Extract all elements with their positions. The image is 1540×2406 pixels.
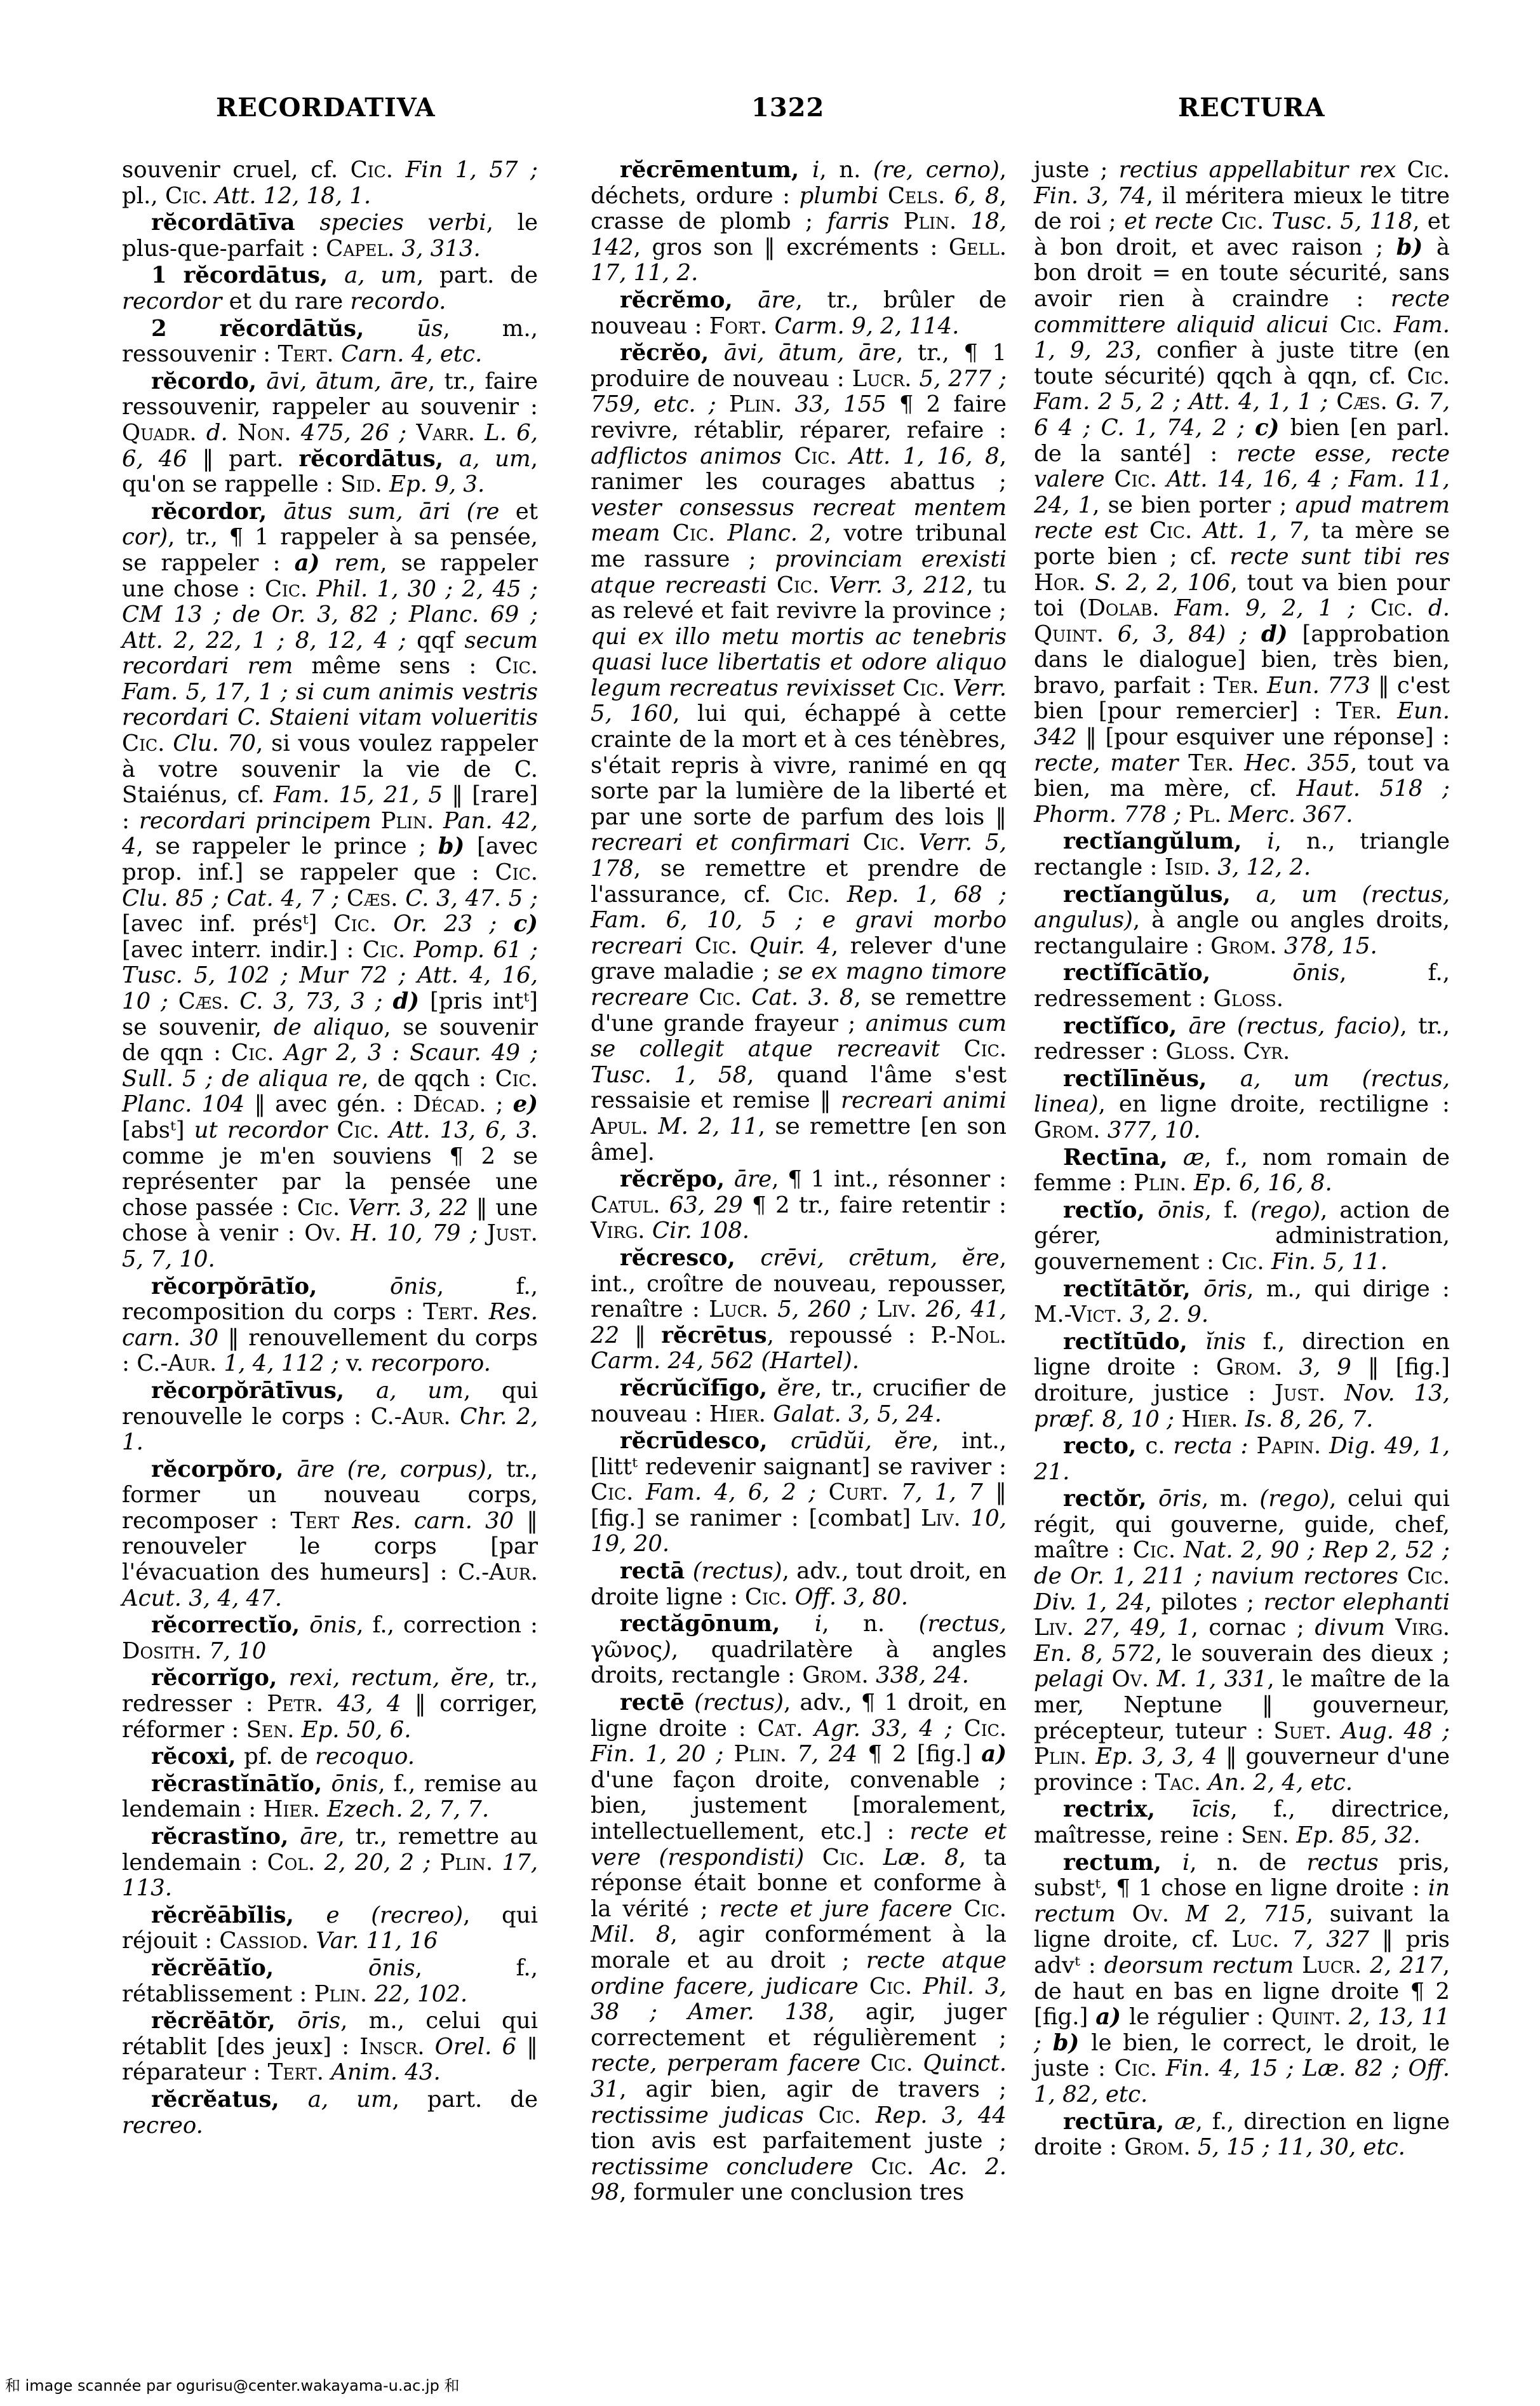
headword: rĕcrastĭnātĭo, (151, 1771, 331, 1797)
italic-text: a, um (344, 262, 417, 288)
italic-text: crēvi, crētum, ĕre (760, 1245, 999, 1271)
dictionary-entry: rectŏr, ōris, m. (rego), celui qui régit… (1034, 1486, 1450, 1796)
definition-text: , le souverain des dieux ; (1155, 1641, 1450, 1667)
author-abbrev: Ov. (304, 1220, 351, 1246)
definition-text: pl., (122, 183, 165, 209)
headword: rĕcordātīva (151, 210, 319, 236)
entry-continuation: juste ; rectius appellabitur rex Cic. Fi… (1034, 158, 1450, 828)
definition-text: , repoussé : (767, 1322, 931, 1348)
italic-text: Ep. 3, 3, 4 (1095, 1744, 1217, 1770)
author-abbrev: Tert (290, 1508, 352, 1534)
italic-text: 3, 313. (402, 236, 481, 262)
author-abbrev: Lucr. (709, 1296, 777, 1322)
headword: rĕcrĕpo, (620, 1166, 734, 1192)
italic-text: Verr. 3, 212 (829, 572, 966, 598)
author-abbrev: Liv. (1034, 1615, 1084, 1641)
author-abbrev: Hor. (1034, 570, 1095, 596)
italic-text: āre (734, 1166, 772, 1192)
definition-text: souvenir cruel, cf. (122, 157, 351, 183)
author-abbrev: Quint. (1271, 2004, 1349, 2030)
author-abbrev: Cæs. (347, 885, 405, 911)
italic-text: S. 2, 2, 106 (1095, 570, 1231, 596)
definition-text: ‖ avec gén. : (244, 1091, 413, 1117)
author-abbrev: Col. (267, 1850, 325, 1876)
definition-text: , n. de (1189, 1850, 1306, 1876)
italic-text: 27, 49, 1 (1084, 1615, 1191, 1641)
author-abbrev: Cic. (822, 1845, 883, 1871)
author-abbrev: Plin. (729, 391, 795, 417)
italic-text: Planc. 2 (728, 520, 824, 546)
author-abbrev: Curt. (829, 1479, 901, 1505)
italic-text: āre (re, corpus) (297, 1456, 486, 1482)
author-abbrev: Pl. (1189, 802, 1229, 828)
italic-text: Ep. 6, 16, 8. (1194, 1170, 1332, 1196)
author-abbrev: Virg. (1395, 1615, 1450, 1641)
italic-text: āre (rectus, facio) (1189, 1013, 1400, 1039)
entry-continuation: souvenir cruel, cf. Cic. Fin 1, 57 ; pl.… (122, 158, 538, 209)
author-abbrev: Quint. (1034, 621, 1118, 647)
author-abbrev: Plin. (440, 1850, 502, 1876)
definition-text: , f. (1205, 1197, 1251, 1223)
italic-text: 7, 10 (209, 1638, 266, 1664)
dictionary-entry: rectĭtātŏr, ōris, m., qui dirige : M.-Vi… (1034, 1277, 1450, 1328)
dictionary-entry: rectūra, æ, f., direction en ligne droit… (1034, 2109, 1450, 2161)
italic-text: Att. 1, 7 (1203, 518, 1303, 544)
author-abbrev: Luc. (1231, 1926, 1292, 1952)
dictionary-entry: rĕcrŭcĭfīgo, ĕre, tr., crucifier de nouv… (591, 1376, 1007, 1427)
author-abbrev: Tert. (278, 341, 341, 367)
dictionary-entry: rectĭfĭcātĭo, ōnis, f., redressement : G… (1034, 960, 1450, 1012)
italic-text: Planc. 104 (122, 1091, 244, 1117)
italic-text: (rectus) (693, 1558, 782, 1584)
italic-text: 7, 1, 7 (901, 1479, 983, 1505)
headword: rectĭangŭlus, (1063, 882, 1256, 908)
italic-text: crūdŭi, ĕre (791, 1428, 932, 1454)
italic-text: recordor (122, 288, 222, 314)
dictionary-entry: rĕcrastĭno, āre, tr., remettre au lendem… (122, 1824, 538, 1902)
dictionary-entry: rĕcorrectĭo, ōnis, f., correction : Dosi… (122, 1613, 538, 1664)
dictionary-entry: rĕcorpŏrātĭo, ōnis, f., recomposition du… (122, 1274, 538, 1377)
italic-text: Att. 13, 6, 3 (389, 1117, 531, 1143)
italic-text: ōnis (309, 1612, 356, 1638)
definition-text: juste ; (1034, 157, 1119, 183)
author-abbrev: Ter. (1336, 698, 1397, 724)
dictionary-entry: rĕcrĕo, āvi, ātum, āre, tr., ¶ 1 produir… (591, 340, 1007, 1166)
italic-text: C. 3, 73, 3 ; (239, 988, 392, 1014)
definition-text: , m., qui dirige : (1247, 1276, 1450, 1302)
italic-text: M 2, 715 (1186, 1901, 1306, 1927)
headword: rĕcrĕātĭo, (151, 1955, 368, 1981)
headword: rectĭangŭlum, (1063, 828, 1267, 854)
author-abbrev: Plin. (1034, 1744, 1095, 1770)
italic-text: d. (206, 420, 238, 446)
dictionary-entry: 1 rĕcordātus, a, um, part. de recordor e… (122, 263, 538, 314)
headword: rĕcoxi, (151, 1744, 244, 1770)
italic-text: 475, 26 ; (301, 420, 417, 446)
italic-text: ōnis (1158, 1197, 1205, 1223)
definition-text: ; (496, 1091, 513, 1117)
author-abbrev: Cic. (1407, 363, 1450, 389)
definition-text: , part. de (392, 2087, 538, 2113)
author-abbrev: Décad. (413, 1091, 495, 1117)
author-abbrev: Plin. (314, 1981, 375, 2007)
author-abbrev: Cic. (745, 1584, 795, 1610)
italic-text: 2, 20, 2 ; (325, 1850, 440, 1876)
author-abbrev: Cic. (863, 830, 919, 856)
dictionary-entry: rectĭlīnĕus, a, um (rectus, linea), en l… (1034, 1066, 1450, 1144)
author-abbrev: Cic. (1221, 208, 1272, 234)
author-abbrev: Plin. (734, 1741, 798, 1767)
italic-text: ) (662, 1637, 671, 1663)
definition-text: , n. (822, 1611, 918, 1637)
italic-text: (re, cerno) (873, 157, 1000, 183)
italic-text: 7, 327 (1292, 1926, 1369, 1952)
dictionary-entry: rĕcrĕābĭlis, e (recreo), qui réjouit : C… (122, 1903, 538, 1954)
author-abbrev: Cic. (297, 1195, 348, 1221)
author-abbrev: Cic. (819, 2102, 876, 2128)
definition-text: , agir bien, agir de travers ; (619, 2076, 1007, 2102)
author-abbrev: Cic. (495, 1066, 538, 1092)
dictionary-entry: rectĭfĭco, āre (rectus, facio), tr., red… (1034, 1014, 1450, 1065)
italic-text: recreari animi (841, 1087, 1007, 1113)
italic-text: pelagi (1034, 1666, 1112, 1692)
author-abbrev: Tac. (1155, 1770, 1208, 1796)
italic-text: āre (300, 1824, 337, 1850)
author-abbrev: Cic. (265, 576, 317, 602)
italic-text: rectissime judicas (591, 2102, 819, 2128)
headword: rĕcrŭcĭfīgo, (620, 1375, 777, 1401)
author-abbrev: Inscr. (359, 2034, 434, 2060)
italic-text: i (1182, 1850, 1189, 1876)
author-abbrev: Grom. (1124, 2134, 1198, 2160)
italic-text: Carm. 9, 2, 114. (775, 313, 960, 339)
sense-marker: d) (1261, 621, 1302, 647)
headword: Rectīna, (1063, 1145, 1183, 1171)
headword: rĕcrĕo, (620, 340, 724, 366)
author-abbrev: Dolab. (1087, 595, 1174, 621)
italic-text: rexi, rectum, ĕre (289, 1665, 488, 1691)
dictionary-entry: rectĭtūdo, ĭnis f., direction en ligne d… (1034, 1329, 1450, 1432)
definition-text: ¶ 2 [fig.] (857, 1741, 981, 1767)
author-abbrev: Catul. (591, 1192, 669, 1218)
author-abbrev: Grom. (1216, 1354, 1299, 1380)
italic-text: Anim. 43. (331, 2059, 441, 2085)
headword: rectum, (1063, 1850, 1182, 1876)
headword: 1 rĕcordātus, (151, 262, 344, 288)
definition-text: [avec inf. présᵗ] (122, 911, 334, 937)
sense-marker: d) (392, 988, 430, 1014)
italic-text: Rep. 3, 44 (876, 2102, 1007, 2128)
author-abbrev: Ter. (1214, 673, 1267, 699)
italic-text: e (recreo) (326, 1902, 464, 1928)
dictionary-entry: rĕcordo, āvi, ātum, āre, tr., faire ress… (122, 369, 538, 498)
italic-text: Fam. 9, 2, 1 ; (1174, 595, 1370, 621)
author-abbrev: Non. (238, 420, 301, 446)
dictionary-entry: rĕcresco, crēvi, crētum, ĕre, int., croî… (591, 1246, 1007, 1374)
definition-text: γῶνος (591, 1637, 662, 1663)
sense-marker: c) (514, 911, 538, 937)
definition-text: ‖ (619, 1322, 661, 1348)
italic-text: Clu. 85 ; Cat. 4, 7 ; (122, 885, 347, 911)
italic-text: āre (758, 287, 795, 313)
definition-text: , se rappeler le prince ; (137, 833, 438, 859)
italic-text: ōnis (390, 1274, 437, 1300)
italic-text: Ep. 9, 3. (389, 471, 485, 497)
sense-marker: a) (981, 1741, 1007, 1767)
italic-text: 3, 12, 2. (1217, 854, 1311, 880)
author-abbrev: Cæs. (1336, 389, 1396, 415)
italic-text: plumbi (800, 183, 888, 209)
headword: rectŏr, (1063, 1486, 1158, 1512)
definition-text: ‖ part. (187, 446, 299, 472)
dictionary-entry: rĕcorrĭgo, rexi, rectum, ĕre, tr., redre… (122, 1665, 538, 1743)
author-abbrev: Cic. (1133, 1537, 1184, 1563)
italic-text: Quir. 4 (749, 933, 831, 959)
author-abbrev: Gell. (949, 234, 1007, 260)
italic-text: i (812, 157, 819, 183)
italic-text: ōris (297, 2008, 340, 2034)
headword: rectrix, (1063, 1796, 1192, 1822)
scan-credit-footer: 和 image scannée par ogurisu@center.wakay… (5, 2377, 460, 2395)
italic-text: recte, perperam facere (591, 2050, 870, 2076)
dictionary-entry: rectā (rectus), adv., tout droit, en dro… (591, 1559, 1007, 1610)
italic-text: 5, 7, 10. (122, 1246, 215, 1272)
italic-text: C. 3, 47. 5 ; (405, 885, 538, 911)
author-abbrev: Petr. (267, 1691, 337, 1717)
italic-text: M. 2, 11 (658, 1113, 758, 1139)
author-abbrev: Cic. (699, 985, 751, 1011)
italic-text: recte et jure facere (720, 1896, 964, 1922)
definition-text: tion avis est parfaitement juste ; (591, 2128, 1007, 2154)
author-abbrev: Lucr. (852, 366, 920, 392)
author-abbrev: C.-Aur. (371, 1404, 460, 1430)
italic-text: ōnis (1292, 960, 1339, 986)
sense-marker: b) (1053, 2030, 1091, 2056)
sense-marker: e) (513, 1091, 538, 1117)
definition-text: [absᵗ] (122, 1117, 194, 1143)
italic-text: a, um (376, 1378, 464, 1404)
headword: rĕcorpŏrātīvus, (151, 1378, 376, 1404)
author-abbrev: Cic. (1340, 312, 1394, 338)
author-abbrev: Cic. (122, 730, 173, 756)
author-abbrev: C.-Aur. (137, 1350, 224, 1376)
italic-text: rem (335, 550, 380, 576)
headword: rĕcrūdesco, (620, 1428, 791, 1454)
italic-text: recordari principem (139, 808, 381, 834)
definition-text: ¶ 2 tr., faire retentir : (743, 1192, 1007, 1218)
italic-text: Att. 12, 18, 1. (215, 183, 371, 209)
italic-text: Carm. 24, 562 (Hartel). (591, 1348, 859, 1374)
column-2: rĕcrēmentum, i, n. (re, cerno), déchets,… (591, 158, 1007, 2206)
italic-text: recreari et confirmari (591, 830, 863, 856)
italic-text: rectissime concludere (591, 2154, 871, 2180)
italic-text: 7, 24 (797, 1741, 857, 1767)
author-abbrev: Fort. (709, 313, 775, 339)
italic-text: Fam. 4, 6, 2 ; (646, 1479, 829, 1505)
italic-text: Fam. 5, 17, 1 ; si cum animis vestris re… (122, 679, 538, 731)
italic-text: Ep. 50, 6. (302, 1717, 412, 1743)
author-abbrev: Cic. (1221, 1249, 1271, 1275)
page-number: 1322 (751, 89, 824, 127)
author-abbrev: Plin. (381, 808, 443, 834)
author-abbrev: Plin. (904, 208, 971, 234)
author-abbrev: Cels. (888, 183, 954, 209)
author-abbrev: Cic. (495, 653, 538, 679)
dictionary-entry: rĕcrĕmo, āre, tr., brûler de nouveau : F… (591, 288, 1007, 339)
italic-text: recordo. (350, 288, 446, 314)
column-3: juste ; rectius appellabitur rex Cic. Fi… (1034, 158, 1450, 2161)
definition-text: , f., correction : (356, 1612, 538, 1638)
author-abbrev: Sid. (340, 471, 389, 497)
italic-text: ut recordor (194, 1117, 337, 1143)
italic-text: æ (1174, 2109, 1195, 2135)
italic-text: 5, 15 ; 11, 30, etc. (1198, 2134, 1405, 2160)
italic-text: 377, 10. (1108, 1117, 1201, 1143)
sense-marker: b) (1396, 234, 1436, 260)
headword: rĕcrĕmo, (620, 287, 758, 313)
headword: rectā (620, 1558, 693, 1584)
author-abbrev: Cic. (1407, 1563, 1450, 1589)
author-abbrev: Apul. (591, 1113, 658, 1139)
headword: recto, (1063, 1433, 1145, 1459)
italic-text: Div. 1, 24 (1034, 1589, 1145, 1615)
italic-text: ōnis (368, 1955, 415, 1981)
headword: rectē (620, 1690, 694, 1716)
italic-text: 1, 4, 112 ; (224, 1350, 347, 1376)
italic-text: deorsum rectum (1104, 1952, 1302, 1979)
italic-text: (rego) (1250, 1197, 1320, 1223)
italic-text: d. (1428, 595, 1450, 621)
italic-text: (rectus, (919, 1611, 1007, 1637)
author-abbrev: Plin. (1134, 1170, 1194, 1196)
headword: rĕcordātus, (298, 446, 459, 472)
sense-marker: a) (1095, 2004, 1129, 2030)
headword: rĕcorrĭgo, (151, 1665, 289, 1691)
headword: rĕcrĕatus, (151, 2087, 308, 2113)
italic-text: 2, 217 (1370, 1952, 1443, 1979)
italic-text: Cat. 3. 8 (751, 985, 854, 1011)
italic-text: recreo. (122, 2113, 203, 2139)
definition-text: [avec interr. indir.] : (122, 937, 363, 963)
author-abbrev: Hier. (1181, 1406, 1245, 1432)
author-abbrev: Varr. (416, 420, 485, 446)
italic-text: Carn. 4, etc. (341, 341, 482, 367)
headword: rectăgōnum, (620, 1611, 815, 1637)
dictionary-entry: rĕcrastĭnātĭo, ōnis, f., remise au lende… (122, 1771, 538, 1823)
author-abbrev: Grom. (1210, 933, 1284, 959)
dictionary-entry: rĕcrĕpo, āre, ¶ 1 int., résonner : Catul… (591, 1167, 1007, 1244)
italic-text: ātus sum, āri (re (284, 499, 516, 525)
headword: 2 rĕcordātŭs, (151, 316, 417, 342)
definition-text: c. (1145, 1433, 1173, 1459)
dictionary-entry: rĕcrĕātŏr, ōris, m., celui qui rétablit … (122, 2008, 538, 2086)
headword: rĕcrēmentum, (620, 157, 812, 183)
headword: rĕcordor, (151, 499, 284, 525)
definition-text: le régulier : (1129, 2004, 1271, 2030)
definition-text: , part. de (417, 262, 538, 288)
italic-text: Acut. 3, 4, 47. (122, 1585, 282, 1611)
author-abbrev: Cæs. (178, 988, 239, 1014)
dictionary-entry: rectē (rectus), adv., ¶ 1 droit, en lign… (591, 1690, 1007, 2206)
author-abbrev: P.-Nol. (931, 1322, 1007, 1348)
italic-text: ĕre (777, 1375, 815, 1401)
dictionary-entry: rĕcorpŏro, āre (re, corpus), tr., former… (122, 1457, 538, 1612)
italic-text: recte, mater (1034, 750, 1188, 776)
headword: rectĭtātŏr, (1063, 1276, 1203, 1302)
author-abbrev: Ov. (1132, 1901, 1186, 1927)
author-abbrev: Quadr. (122, 420, 206, 446)
definition-text: , ¶ 1 int., résonner : (772, 1166, 1007, 1192)
italic-text: Fin. 3, 74 (1034, 183, 1146, 209)
italic-text: 378, 15. (1284, 933, 1377, 959)
italic-text: farris (827, 208, 903, 234)
italic-text: M. 1, 331 (1156, 1666, 1267, 1692)
italic-text: Clu. 70 (173, 730, 256, 756)
author-abbrev: Papin. (1256, 1433, 1329, 1459)
author-abbrev: Lucr. (1302, 1952, 1370, 1979)
italic-text: H. 10, 79 ; (351, 1220, 486, 1246)
definition-text: , m. (1202, 1486, 1259, 1512)
author-abbrev: Cat. (758, 1716, 815, 1742)
headword: rĕcresco, (620, 1245, 760, 1271)
italic-text: 3, 2. 9. (1130, 1301, 1209, 1327)
italic-text: (rectus) (694, 1690, 784, 1716)
dictionary-entry: rectăgōnum, i, n. (rectus, γῶνος), quadr… (591, 1611, 1007, 1689)
author-abbrev: Cic. (673, 520, 728, 546)
dictionary-entry: rĕcoxi, pf. de recoquo. (122, 1744, 538, 1770)
italic-text: Fin. 5, 11. (1271, 1249, 1388, 1275)
definition-text: , gros son ‖ excréments : (634, 234, 949, 260)
dictionary-entry: rectum, i, n. de rectus pris, substᵗ, ¶ … (1034, 1850, 1450, 2108)
italic-text: Fam. 2 5, 2 ; Att. 4, 1, 1 ; (1034, 389, 1336, 415)
headword: rĕcrētus (661, 1322, 767, 1348)
italic-text: recte sunt tibi res (1229, 544, 1450, 570)
author-abbrev: C.-Aur. (458, 1559, 538, 1585)
headword: rĕcrĕātŏr, (151, 2008, 297, 2034)
author-abbrev: Cic. (1149, 518, 1203, 544)
definition-text: , de qqch : (361, 1066, 495, 1092)
definition-text: , se bien porter ; (1092, 492, 1295, 518)
headword: rectūra, (1063, 2109, 1174, 2135)
italic-text: 17, 11, 2. (591, 260, 698, 286)
italic-text: 6, 8 (954, 183, 1000, 209)
author-abbrev: Ter. (1188, 750, 1244, 776)
italic-text: Is. 8, 26, 7. (1245, 1406, 1374, 1432)
italic-text: An. 2, 4, etc. (1208, 1770, 1353, 1796)
page-header: RECORDATIVA 1322 RECTURA (0, 89, 1540, 127)
dictionary-entry: rĕcrĕatus, a, um, part. de recreo. (122, 2087, 538, 2139)
sense-marker: a) (295, 550, 335, 576)
italic-text: Orel. 6 (435, 2034, 516, 2060)
italic-text: Cir. 108. (652, 1218, 749, 1244)
headword: rectĭtūdo, (1063, 1329, 1205, 1355)
author-abbrev: Cic. (1370, 595, 1428, 621)
dictionary-entry: 2 rĕcordātŭs, ūs, m., ressouvenir : Tert… (122, 316, 538, 368)
italic-text: recta : (1173, 1433, 1256, 1459)
author-abbrev: Sen. (246, 1717, 302, 1743)
definition-text: , n. (819, 157, 873, 183)
author-abbrev: Just. (487, 1220, 538, 1246)
italic-text: Aug. 48 ; (1341, 1718, 1450, 1744)
italic-text: 6, 3, 84) ; (1118, 621, 1261, 647)
dictionary-entry: rĕcrūdesco, crūdŭi, ĕre, int., [littᵗ re… (591, 1428, 1007, 1557)
author-abbrev: Cic. (787, 882, 847, 908)
author-abbrev: Cic. (334, 911, 394, 937)
italic-text: ūs (417, 316, 443, 342)
headword: rectĭfĭco, (1063, 1013, 1189, 1039)
italic-text: Hec. 355 (1244, 750, 1350, 776)
headword: rectĭlīnĕus, (1063, 1066, 1240, 1092)
